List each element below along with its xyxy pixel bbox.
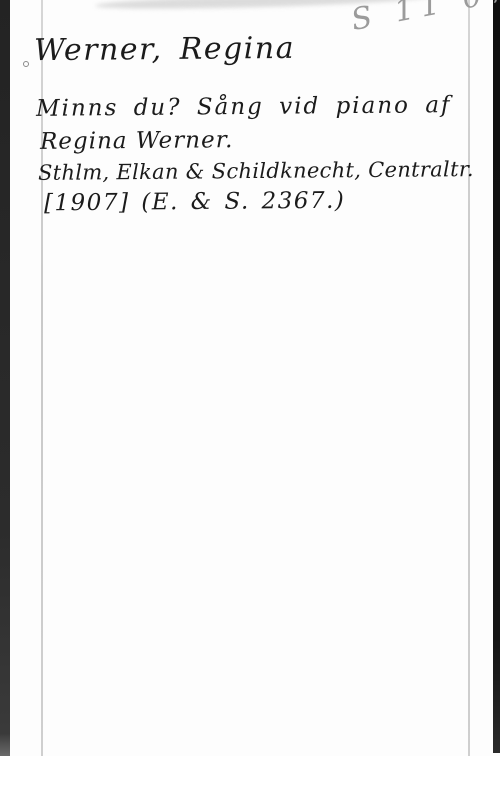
card-author-line: Regina Werner. [40, 127, 234, 155]
corner-pencil-note: S 11 07. [348, 0, 500, 38]
scanned-catalog-card-page: S 11 07. Werner, Regina Minns du? Sång v… [0, 0, 500, 800]
card-publisher-line: Sthlm, Elkan & Schildknecht, Centraltr. [38, 157, 474, 185]
card-edge-line-right [468, 0, 470, 756]
card-title-line: Minns du? Sång vid piano af [36, 92, 452, 122]
card-year-plate-line: [1907] (E. & S. 2367.) [44, 188, 346, 217]
small-circle-mark [23, 61, 29, 67]
scan-border-left [0, 0, 10, 756]
scan-area: S 11 07. Werner, Regina Minns du? Sång v… [0, 0, 500, 756]
scan-border-right [493, 0, 500, 753]
card-heading-author: Werner, Regina [34, 31, 295, 68]
